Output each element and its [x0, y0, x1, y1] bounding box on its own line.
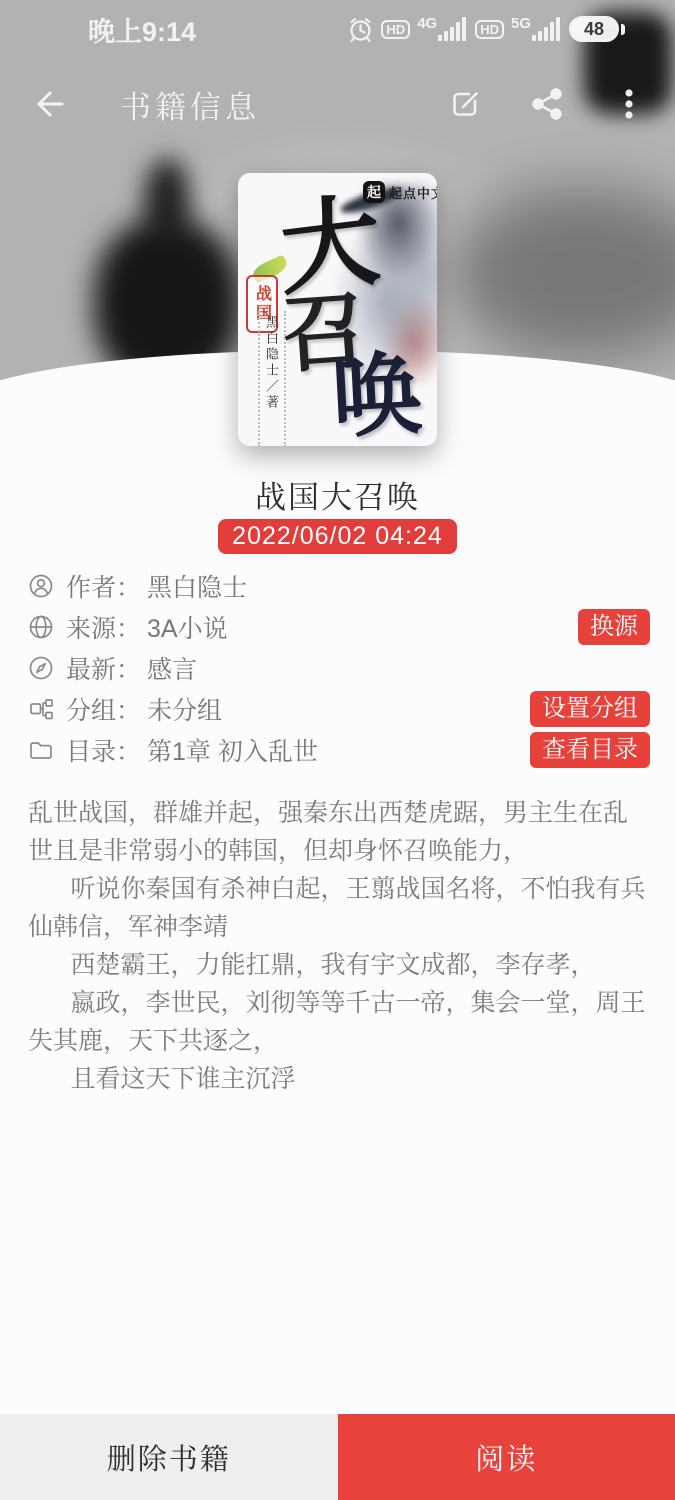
info-label: 最新： [66, 650, 141, 686]
book-info-list: 作者： 黑白隐士 来源： 3A小说 换源 最新： 感言 分 [28, 565, 650, 770]
info-row-source: 来源： 3A小说 换源 [28, 606, 650, 647]
info-value: 感言 [147, 650, 197, 686]
book-info-screen: 晚上9:14 HD 4G HD 5G [0, 0, 675, 1500]
info-value: 未分组 [147, 691, 222, 727]
cover-dotted-rule [284, 311, 286, 446]
book-title: 战国大召唤 [0, 472, 675, 517]
info-row-toc: 目录： 第1章 初入乱世 查看目录 [28, 729, 650, 770]
change-source-button[interactable]: 换源 [578, 609, 650, 645]
author-icon [28, 573, 54, 599]
signal-4g: 4G [417, 17, 468, 41]
signal-bars-icon [438, 17, 468, 41]
toc-icon [28, 737, 54, 763]
book-cover[interactable]: 起 起点中文 战国 大 召 唤 黑白隐士／著 [238, 173, 437, 446]
latest-icon [28, 655, 54, 681]
delete-book-button[interactable]: 删除书籍 [0, 1414, 338, 1500]
description-paragraph: 听说你秦国有杀神白起，王翦战国名将，不怕我有兵仙韩信，军神李靖 [28, 870, 652, 946]
app-bar: 书籍信息 [0, 70, 675, 138]
info-value: 第1章 初入乱世 [147, 732, 318, 768]
info-label: 来源： [66, 609, 141, 645]
app-bar-actions [448, 87, 646, 121]
cover-calligraphy-char: 唤 [330, 349, 425, 444]
network-type-label: 4G [417, 15, 437, 32]
network-type-label: 5G [511, 15, 531, 32]
description-paragraph: 西楚霸王，力能扛鼎，我有宇文成都，李存孝， [28, 946, 652, 984]
read-button[interactable]: 阅读 [338, 1414, 675, 1500]
description-paragraph: 嬴政，李世民，刘彻等等千古一帝，集会一堂，周王失其鹿，天下共逐之， [28, 984, 652, 1060]
share-icon[interactable] [530, 87, 564, 121]
info-row-author: 作者： 黑白隐士 [28, 565, 650, 606]
qidian-logo-text: 起点中文 [389, 183, 437, 202]
cover-author-line: 黑白隐士／著 [262, 315, 281, 411]
source-icon [28, 614, 54, 640]
clock-time: 晚上9:14 [88, 10, 196, 49]
signal-bars-icon [532, 17, 562, 41]
battery-level: 48 [584, 19, 604, 40]
info-value: 黑白隐士 [147, 568, 247, 604]
description-paragraph: 且看这天下谁主沉浮 [28, 1060, 652, 1098]
hd-icon: HD [475, 20, 504, 39]
update-time-row: 2022/06/02 04:24 [0, 519, 675, 554]
bottom-action-bar: 删除书籍 阅读 [0, 1414, 675, 1500]
info-row-group: 分组： 未分组 设置分组 [28, 688, 650, 729]
status-bar: 晚上9:14 HD 4G HD 5G [0, 0, 675, 58]
cover-dotted-rule [258, 311, 260, 446]
group-icon [28, 696, 54, 722]
battery-icon: 48 [569, 16, 625, 42]
book-description: 乱世战国，群雄并起，强秦东出西楚虎踞，男主生在乱世且是非常弱小的韩国，但却身怀召… [28, 794, 652, 1098]
description-paragraph: 乱世战国，群雄并起，强秦东出西楚虎踞，男主生在乱世且是非常弱小的韩国，但却身怀召… [28, 794, 652, 870]
signal-5g: 5G [511, 17, 562, 41]
view-toc-button[interactable]: 查看目录 [530, 732, 650, 768]
page-title: 书籍信息 [120, 82, 260, 127]
hd-icon: HD [381, 20, 410, 39]
edit-icon[interactable] [448, 87, 482, 121]
set-group-button[interactable]: 设置分组 [530, 691, 650, 727]
info-value: 3A小说 [147, 609, 228, 645]
more-vert-icon[interactable] [612, 87, 646, 121]
alarm-icon [347, 16, 374, 43]
back-arrow-icon[interactable] [29, 85, 67, 123]
info-label: 分组： [66, 691, 141, 727]
status-icons: HD 4G HD 5G 48 [347, 16, 625, 43]
info-label: 目录： [66, 732, 141, 768]
update-time-badge: 2022/06/02 04:24 [218, 519, 457, 554]
info-row-latest: 最新： 感言 [28, 647, 650, 688]
info-label: 作者： [66, 568, 141, 604]
